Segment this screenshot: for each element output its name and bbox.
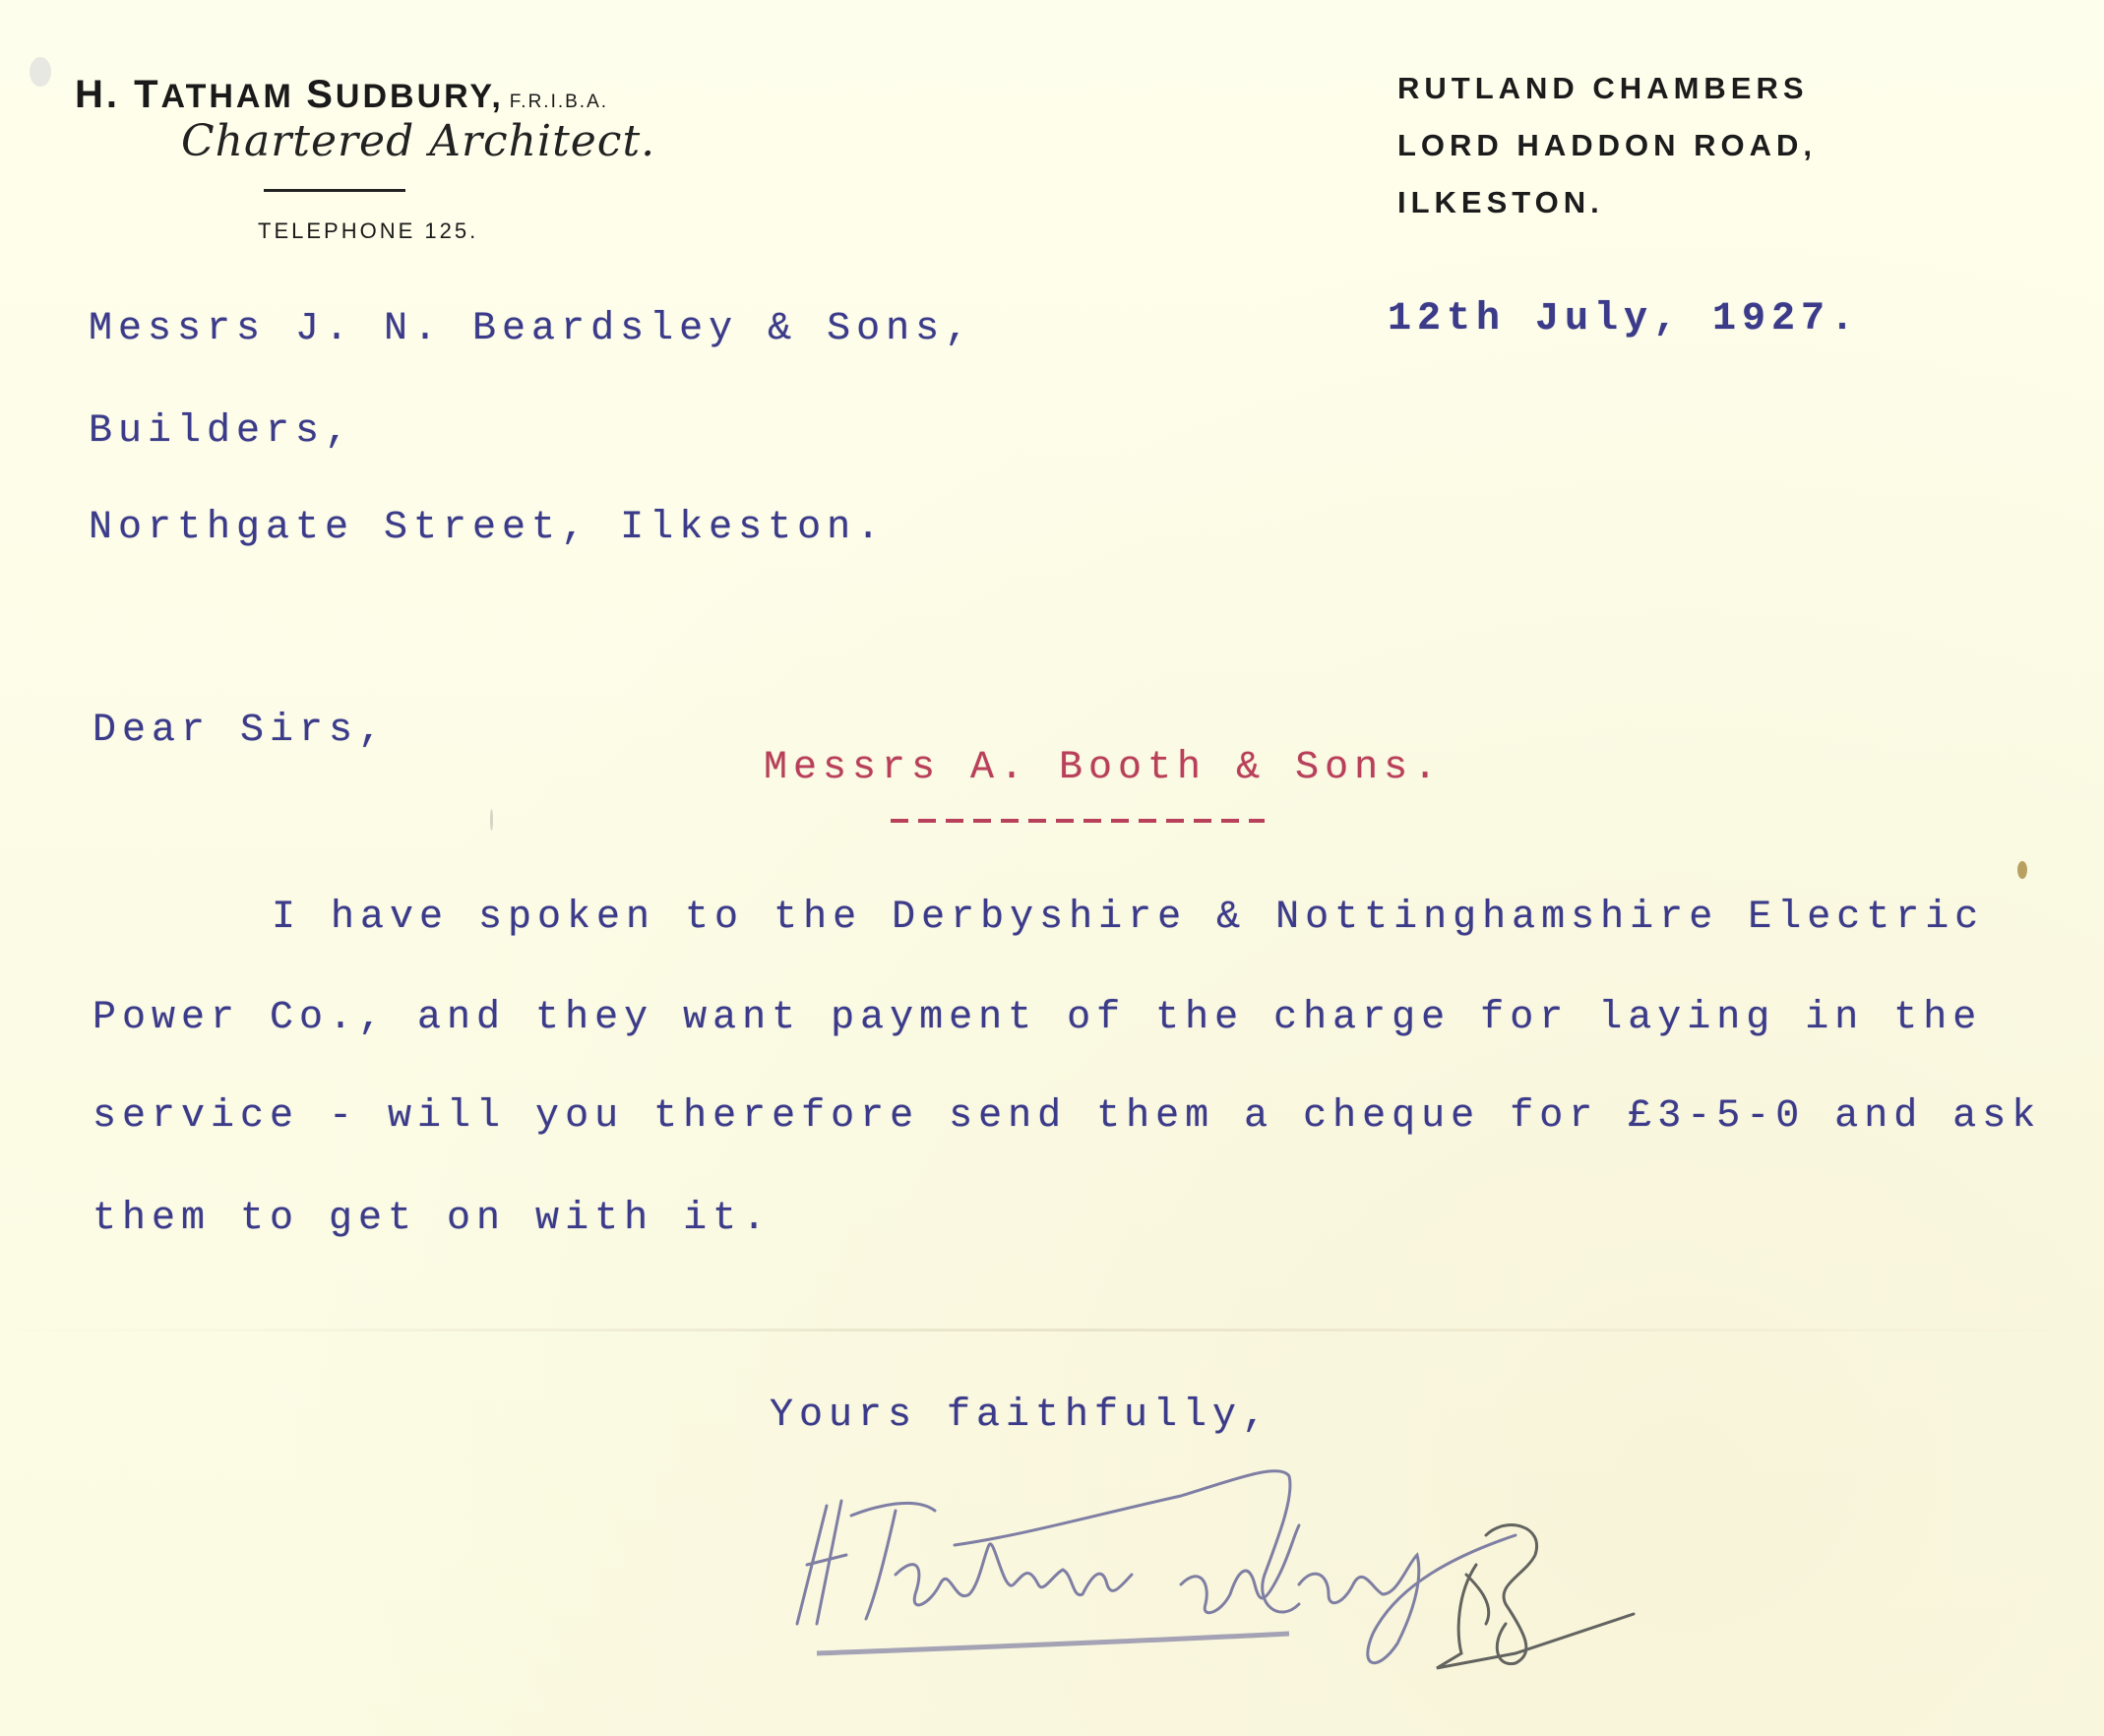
salutation: Dear Sirs, (93, 709, 388, 753)
letter-date: 12th July, 1927. (1388, 297, 1860, 341)
subject-line: Messrs A. Booth & Sons. (764, 746, 1443, 790)
paper-fold-crease (0, 1329, 2104, 1332)
letter-paper: H. TATHAM SUDBURY,F.R.I.B.A. Chartered A… (0, 0, 2104, 1736)
profession-title: Chartered Architect. (181, 116, 655, 166)
address-line-1: RUTLAND CHAMBERS (1397, 71, 1809, 106)
body-line-3: service - will you therefore send them a… (93, 1094, 2041, 1139)
name-last-initial: S (306, 73, 336, 116)
body-line-4: them to get on with it. (93, 1197, 772, 1241)
paper-mark (490, 809, 493, 831)
handwritten-signature (768, 1457, 1673, 1683)
recipient-line-3: Northgate Street, Ilkeston. (89, 506, 886, 550)
name-first-rest: ATHAM (161, 78, 294, 115)
qualification: F.R.I.B.A. (510, 92, 608, 112)
recipient-line-2: Builders, (89, 409, 354, 454)
telephone-number: TELEPHONE 125. (258, 218, 478, 244)
address-line-3: ILKESTON. (1397, 185, 1604, 220)
closing: Yours faithfully, (770, 1394, 1271, 1438)
paper-blemish (2017, 861, 2027, 879)
body-line-2: Power Co., and they want payment of the … (93, 996, 1982, 1040)
letterhead-name: H. TATHAM SUDBURY,F.R.I.B.A. (75, 73, 608, 117)
body-line-1: I have spoken to the Derbyshire & Nottin… (272, 896, 1984, 940)
name-last-rest: UDBURY, (336, 78, 504, 115)
subject-underline (891, 819, 1265, 823)
letterhead-rule (264, 189, 405, 192)
paper-blemish (30, 57, 51, 87)
recipient-line-1: Messrs J. N. Beardsley & Sons, (89, 307, 974, 351)
address-line-2: LORD HADDON ROAD, (1397, 128, 1817, 163)
name-initial: H. T (75, 73, 161, 116)
